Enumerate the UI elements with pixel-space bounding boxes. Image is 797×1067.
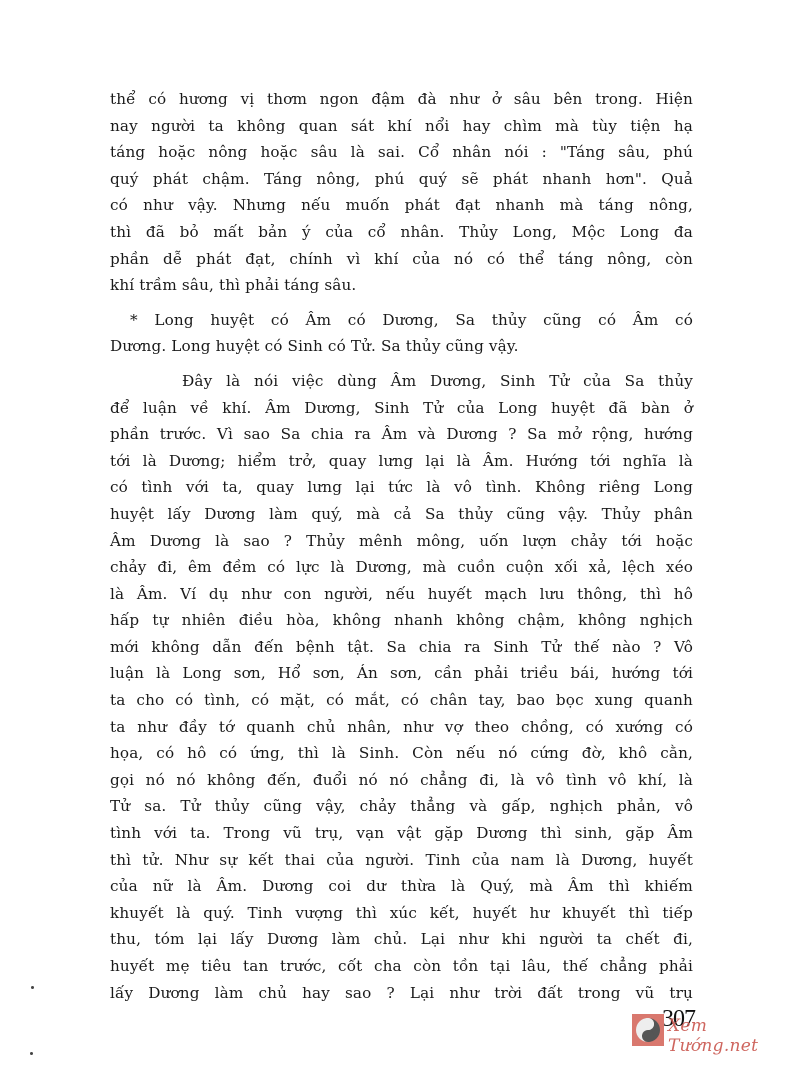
text-line: có tình với ta, quay lưng lại tức là vô …	[110, 474, 693, 501]
scan-speck	[31, 986, 34, 989]
text-line: huyệt lấy Dương làm quý, mà cả Sa thủy c…	[110, 501, 693, 528]
text-line: tới là Dương; hiểm trở, quay lưng lại là…	[110, 448, 693, 475]
text-line: để luận về khí. Âm Dương, Sinh Tử của Lo…	[110, 395, 693, 422]
text-line: khuyết là quý. Tinh vượng thì xúc kết, h…	[110, 900, 693, 927]
text-line: thu, tóm lại lấy Dương làm chủ. Lại như …	[110, 926, 693, 953]
explanation-paragraph: Đây là nói việc dùng Âm Dương, Sinh Tử c…	[110, 368, 693, 1006]
watermark: Xem Tướng.net	[632, 1014, 797, 1054]
text-line: khí trầm sâu, thì phải táng sâu.	[110, 272, 693, 299]
text-line: táng hoặc nông hoặc sâu là sai. Cổ nhân …	[110, 139, 693, 166]
document-page: thể có hương vị thơm ngon đậm đà như ở s…	[0, 0, 797, 1067]
text-line: gọi nó nó không đến, đuổi nó nó chẳng đi…	[110, 767, 693, 794]
text-line: thì tử. Như sự kết thai của người. Tinh …	[110, 847, 693, 874]
text-line: thể có hương vị thơm ngon đậm đà như ở s…	[110, 86, 693, 113]
text-line: luận là Long sơn, Hổ sơn, Án sơn, cần ph…	[110, 660, 693, 687]
text-line: thì đã bỏ mất bản ý của cổ nhân. Thủy Lo…	[110, 219, 693, 246]
text-line: tình với ta. Trong vũ trụ, vạn vật gặp D…	[110, 820, 693, 847]
text-line: là Âm. Ví dụ như con người, nếu huyết mạ…	[110, 581, 693, 608]
body-text: thể có hương vị thơm ngon đậm đà như ở s…	[110, 86, 693, 1006]
text-line: Âm Dương là sao ? Thủy mênh mông, uốn lư…	[110, 528, 693, 555]
text-line: hấp tự nhiên điều hòa, không nhanh không…	[110, 607, 693, 634]
text-line: nay người ta không quan sát khí nổi hay …	[110, 113, 693, 140]
watermark-logo	[632, 1014, 664, 1046]
text-line: lấy Dương làm chủ hay sao ? Lại như trời…	[110, 980, 693, 1007]
text-line: ta như đầy tớ quanh chủ nhân, như vợ the…	[110, 714, 693, 741]
text-line: có như vậy. Nhưng nếu muốn phát đạt nhan…	[110, 192, 693, 219]
text-line: phần trước. Vì sao Sa chia ra Âm và Dươn…	[110, 421, 693, 448]
text-line: phần dễ phát đạt, chính vì khí của nó có…	[110, 246, 693, 273]
watermark-text: Xem Tướng.net	[668, 1016, 797, 1056]
paragraph-continuation: thể có hương vị thơm ngon đậm đà như ở s…	[110, 86, 693, 299]
text-line: họa, có hô có ứng, thì là Sinh. Còn nếu …	[110, 740, 693, 767]
yin-yang-icon	[636, 1018, 660, 1042]
text-line: của nữ là Âm. Dương coi dư thừa là Quý, …	[110, 873, 693, 900]
text-line: Dương. Long huyệt có Sinh có Tử. Sa thủy…	[110, 333, 693, 360]
text-line: quý phát chậm. Táng nông, phú quý sẽ phá…	[110, 166, 693, 193]
scan-speck	[30, 1052, 33, 1055]
text-line: chảy đi, êm đềm có lực là Dương, mà cuồn…	[110, 554, 693, 581]
text-line: ta cho có tình, có mặt, có mắt, có chân …	[110, 687, 693, 714]
principle-paragraph: * Long huyệt có Âm có Dương, Sa thủy cũn…	[110, 307, 693, 360]
text-line: Đây là nói việc dùng Âm Dương, Sinh Tử c…	[110, 368, 693, 395]
text-line: mới không dẫn đến bệnh tật. Sa chia ra S…	[110, 634, 693, 661]
text-line: huyết mẹ tiêu tan trước, cốt cha còn tồn…	[110, 953, 693, 980]
text-line: * Long huyệt có Âm có Dương, Sa thủy cũn…	[110, 307, 693, 334]
text-line: Tử sa. Tử thủy cũng vậy, chảy thẳng và g…	[110, 793, 693, 820]
